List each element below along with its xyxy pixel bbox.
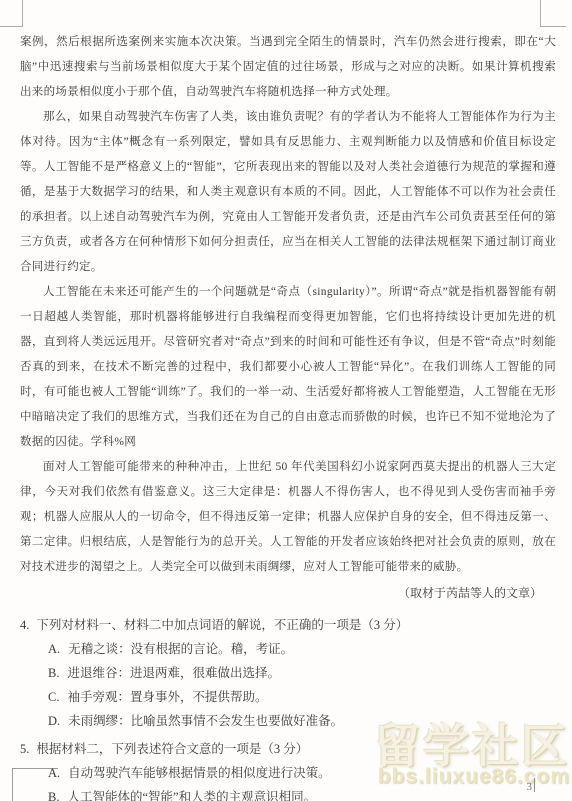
question-4-option-a: A.无稽之谈：没有根据的言论。稽，考证。	[20, 637, 556, 661]
option-label: B.	[48, 790, 59, 801]
question-5-number: 5.	[20, 742, 29, 756]
option-text: 袖手旁观：置身事外，不提供帮助。	[67, 690, 267, 704]
body-paragraph: 面对人工智能可能带来的种种冲击，上世纪 50 年代美国科幻小说家阿西莫夫提出的机…	[20, 455, 556, 580]
page-number: 3	[527, 781, 533, 793]
option-label: A.	[48, 642, 60, 656]
question-5: 5.根据材料二，下列表述符合文意的一项是（3 分） A.自动驾驶汽车能够根据情景…	[20, 737, 556, 801]
source-attribution: （取材于芮喆等人的文章）	[20, 581, 556, 605]
question-4-option-d: D.未雨绸缪：比喻虽然事情不会发生也要做好准备。	[20, 709, 556, 733]
body-paragraph: 案例，然后根据所选案例来实施本次决策。当遇到完全陌生的情景时，汽车仍然会进行搜索…	[20, 30, 556, 105]
question-4-option-c: C.袖手旁观：置身事外，不提供帮助。	[20, 685, 556, 709]
question-4-number: 4.	[20, 618, 29, 632]
question-4: 4.下列对材料一、材料二中加点词语的解说，不正确的一项是（3 分） A.无稽之谈…	[20, 613, 556, 733]
body-paragraph: 那么，如果自动驾驶汽车伤害了人类，该由谁负责呢？有的学者认为不能将人工智能体作为…	[20, 105, 556, 280]
option-text: 进退维谷：进退两难，很难做出选择。	[67, 666, 280, 680]
option-text: 自动驾驶汽车能够根据情景的相似度进行决策。	[68, 766, 331, 780]
option-text: 无稽之谈：没有根据的言论。稽，考证。	[68, 642, 293, 656]
question-5-stem: 5.根据材料二，下列表述符合文意的一项是（3 分）	[20, 737, 556, 761]
document-page: 案例，然后根据所选案例来实施本次决策。当遇到完全陌生的情景时，汽车仍然会进行搜索…	[0, 0, 572, 801]
option-text: 人工智能体的“智能”和人类的主观意识相同。	[67, 790, 316, 801]
option-text: 未雨绸缪：比喻虽然事情不会发生也要做好准备。	[68, 714, 343, 728]
option-label: A.	[48, 766, 60, 780]
question-5-stem-text: 根据材料二，下列表述符合文意的一项是（3 分）	[36, 742, 308, 756]
question-4-option-b: B.进退维谷：进退两难，很难做出选择。	[20, 661, 556, 685]
question-4-stem: 4.下列对材料一、材料二中加点词语的解说，不正确的一项是（3 分）	[20, 613, 556, 637]
question-5-option-b: B.人工智能体的“智能”和人类的主观意识相同。	[20, 785, 556, 801]
body-paragraph: 人工智能在未来还可能产生的一个问题就是“奇点（singularity）”。所谓“…	[20, 280, 556, 455]
text-boundary-mark-top-left	[0, 0, 23, 27]
question-5-option-a: A.自动驾驶汽车能够根据情景的相似度进行决策。	[20, 761, 556, 785]
body-text-block: 案例，然后根据所选案例来实施本次决策。当遇到完全陌生的情景时，汽车仍然会进行搜索…	[20, 30, 556, 801]
page-number-boundary-tick	[534, 778, 535, 792]
question-4-stem-text: 下列对材料一、材料二中加点词语的解说，不正确的一项是（3 分）	[36, 618, 408, 632]
option-label: C.	[48, 690, 59, 704]
option-label: B.	[48, 666, 59, 680]
text-boundary-mark-top-right	[540, 0, 566, 27]
option-label: D.	[48, 714, 60, 728]
